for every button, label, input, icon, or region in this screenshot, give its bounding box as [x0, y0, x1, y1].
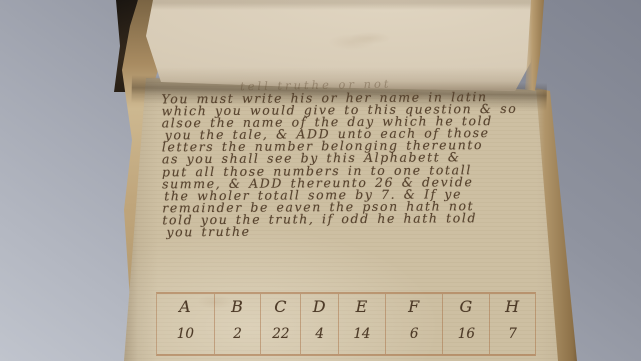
letter-value: 7	[508, 326, 517, 355]
letter-label: G	[459, 294, 473, 326]
letter-value: 4	[315, 326, 324, 355]
letter-value: 16	[458, 326, 475, 355]
letter-label: B	[231, 294, 244, 326]
table-column: C 22	[260, 294, 300, 354]
letter-value: 14	[353, 326, 370, 355]
table-column: H 7	[489, 294, 535, 354]
table-column: A 10	[157, 294, 214, 354]
letter-value: 6	[410, 326, 419, 355]
alphabet-table: A 10 B 2 C 22 D 4 E 14 F 6 G 16 H 7	[156, 292, 536, 356]
letter-label: C	[274, 294, 287, 326]
letter-value: 2	[233, 326, 242, 355]
table-column: D 4	[300, 294, 338, 354]
letter-label: H	[505, 294, 520, 326]
letter-label: E	[356, 294, 369, 326]
letter-label: A	[179, 294, 192, 326]
table-column: B 2	[214, 294, 261, 354]
letter-value: 10	[177, 326, 194, 355]
letter-label: F	[408, 294, 420, 326]
table-column: G 16	[442, 294, 489, 354]
letter-label: D	[313, 294, 327, 326]
letter-value: 22	[272, 326, 289, 355]
table-column: E 14	[338, 294, 385, 354]
manuscript-photo: tell truthe or not You must write his or…	[0, 0, 641, 361]
manuscript-text: You must write his or her name in latin …	[161, 91, 548, 246]
table-column: F 6	[385, 294, 443, 354]
